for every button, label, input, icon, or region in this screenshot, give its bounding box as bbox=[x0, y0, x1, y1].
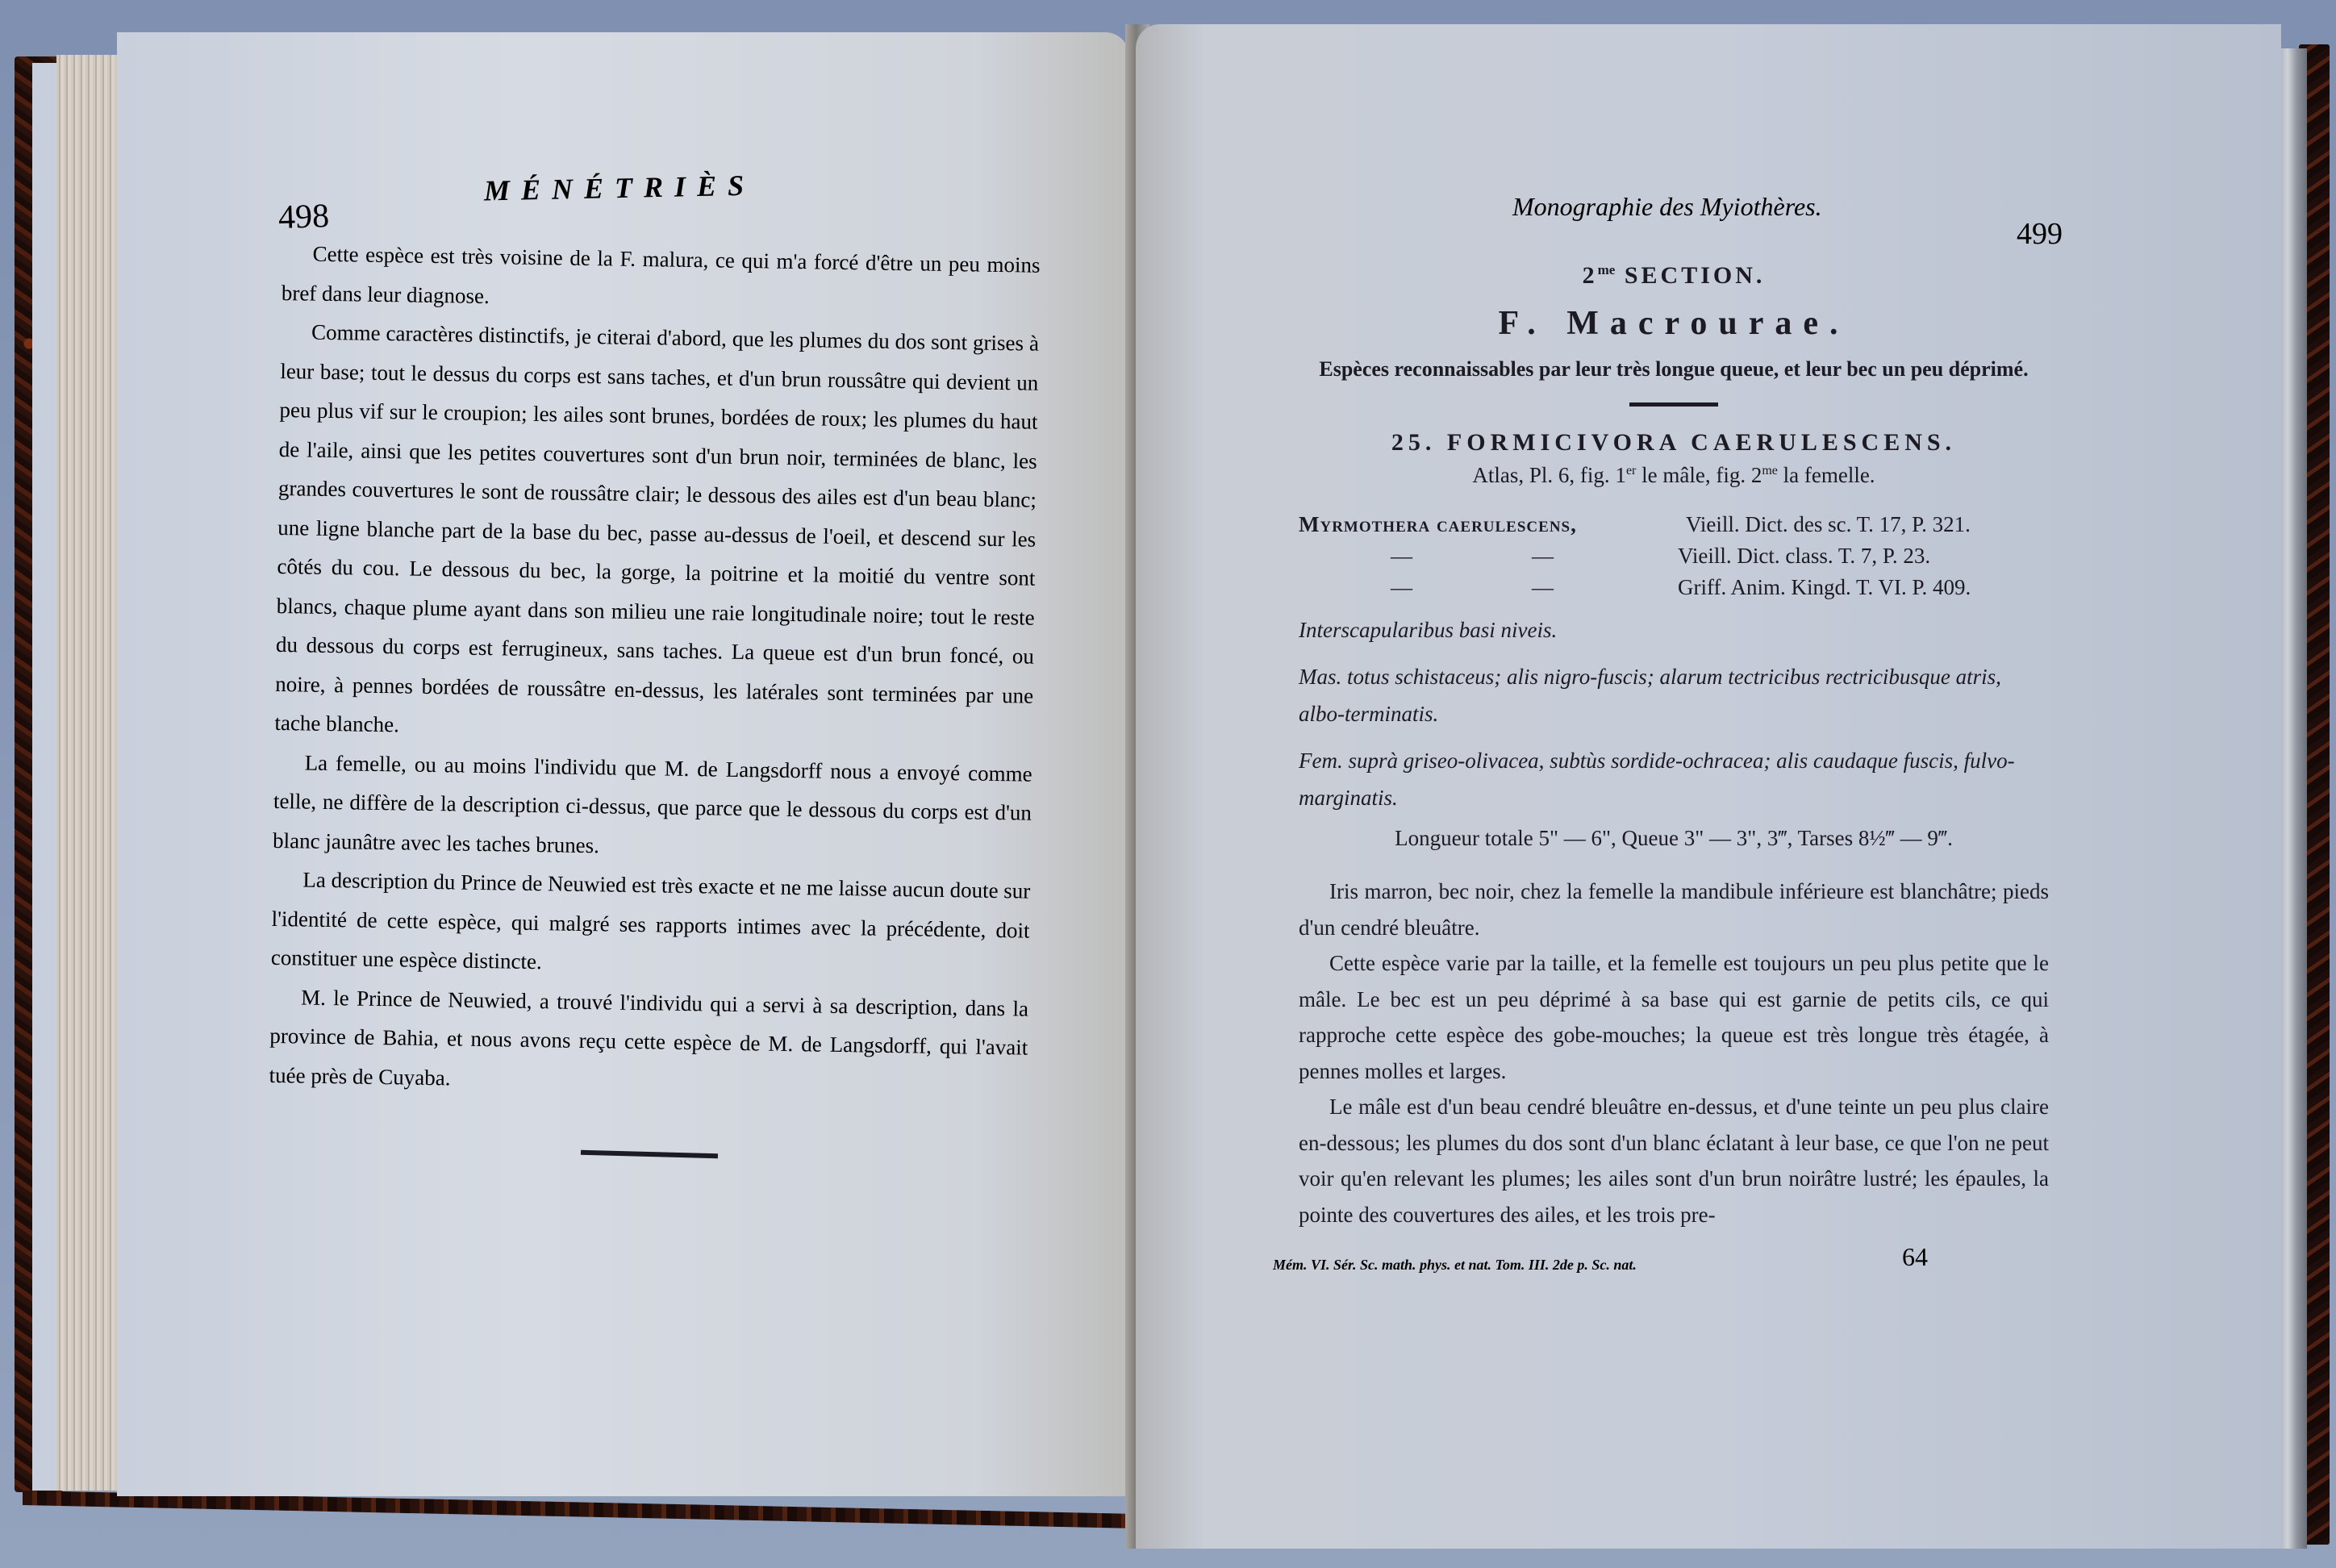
family-name: F. Macrourae. bbox=[1299, 304, 2049, 343]
section-ordinal: 2 bbox=[1583, 262, 1598, 289]
section-label: SECTION. bbox=[1625, 262, 1766, 289]
right-page-description: Iris marron, bec noir, chez la femelle l… bbox=[1299, 874, 2049, 1232]
synonym-ref: Griff. Anim. Kingd. T. VI. P. 409. bbox=[1678, 575, 2049, 600]
latin-male: Mas. totus schistaceus; alis nigro-fusci… bbox=[1299, 658, 2049, 732]
species-heading: 25. FORMICIVORA CAERULESCENS. bbox=[1299, 429, 2049, 457]
paragraph: La description du Prince de Neuwied est … bbox=[271, 860, 1031, 989]
measurements: Longueur totale 5" — 6", Queue 3" — 3", … bbox=[1299, 826, 2049, 851]
ditto-dash: — bbox=[1496, 575, 1589, 600]
atlas-text: le mâle, fig. 2 bbox=[1636, 463, 1762, 487]
running-head-right: Monographie des Myiothères. bbox=[1512, 192, 1822, 222]
section-rule bbox=[1629, 402, 1718, 407]
synonym-row: — — Vieill. Dict. class. T. 7, P. 23. bbox=[1299, 544, 2049, 569]
paragraph: Cette espèce est très voisine de la F. m… bbox=[281, 234, 1040, 324]
atlas-text: la femelle. bbox=[1778, 463, 1875, 487]
ditto-dash: — bbox=[1355, 544, 1448, 569]
paragraph: Comme caractères distinctifs, je citerai… bbox=[274, 312, 1039, 754]
ditto-dash: — bbox=[1496, 544, 1589, 569]
page-number-right: 499 bbox=[2017, 216, 2063, 252]
page-number-left: 498 bbox=[277, 197, 330, 237]
synonym-name: Myrmothera caerulescens, bbox=[1299, 512, 1686, 537]
paragraph: Le mâle est d'un beau cendré bleuâtre en… bbox=[1299, 1089, 2049, 1232]
latin-diagnosis: Interscapularibus basi niveis. Mas. totu… bbox=[1299, 611, 2049, 816]
right-page-body: 2me SECTION. F. Macrourae. Espèces recon… bbox=[1299, 262, 2049, 1232]
latin-female: Fem. suprà griseo-olivacea, subtùs sordi… bbox=[1299, 742, 2049, 816]
page-stack-left bbox=[56, 55, 125, 1491]
synonym-row: Myrmothera caerulescens, Vieill. Dict. d… bbox=[1299, 512, 2049, 537]
signature-number: 64 bbox=[1902, 1242, 1928, 1272]
family-description: Espèces reconnaissables par leur très lo… bbox=[1299, 357, 2049, 382]
synonym-ref: Vieill. Dict. des sc. T. 17, P. 321. bbox=[1686, 512, 2049, 537]
ditto-dash: — bbox=[1355, 575, 1448, 600]
section-ordinal-sup: me bbox=[1598, 262, 1616, 277]
running-head-left: MÉNÉTRIÈS bbox=[484, 168, 756, 207]
atlas-sup: er bbox=[1626, 464, 1636, 477]
section-heading: 2me SECTION. bbox=[1299, 262, 2049, 290]
synonymy-list: Myrmothera caerulescens, Vieill. Dict. d… bbox=[1299, 512, 2049, 600]
atlas-reference: Atlas, Pl. 6, fig. 1er le mâle, fig. 2me… bbox=[1299, 463, 2049, 488]
atlas-text: Atlas, Pl. 6, fig. 1 bbox=[1472, 463, 1626, 487]
synonym-ref: Vieill. Dict. class. T. 7, P. 23. bbox=[1678, 544, 2049, 569]
latin-diagnosis-line: Interscapularibus basi niveis. bbox=[1299, 611, 2049, 648]
paragraph: La femelle, ou au moins l'individu que M… bbox=[273, 742, 1032, 871]
signature-footer: Mém. VI. Sér. Sc. math. phys. et nat. To… bbox=[1273, 1257, 1637, 1274]
paragraph: Cette espèce varie par la taille, et la … bbox=[1299, 945, 2049, 1089]
left-page-body: Cette espèce est très voisine de la F. m… bbox=[269, 234, 1041, 1107]
paragraph: M. le Prince de Neuwied, a trouvé l'indi… bbox=[269, 977, 1028, 1106]
atlas-sup: me bbox=[1762, 464, 1778, 477]
synonym-row: — — Griff. Anim. Kingd. T. VI. P. 409. bbox=[1299, 575, 2049, 600]
paragraph: Iris marron, bec noir, chez la femelle l… bbox=[1299, 874, 2049, 945]
